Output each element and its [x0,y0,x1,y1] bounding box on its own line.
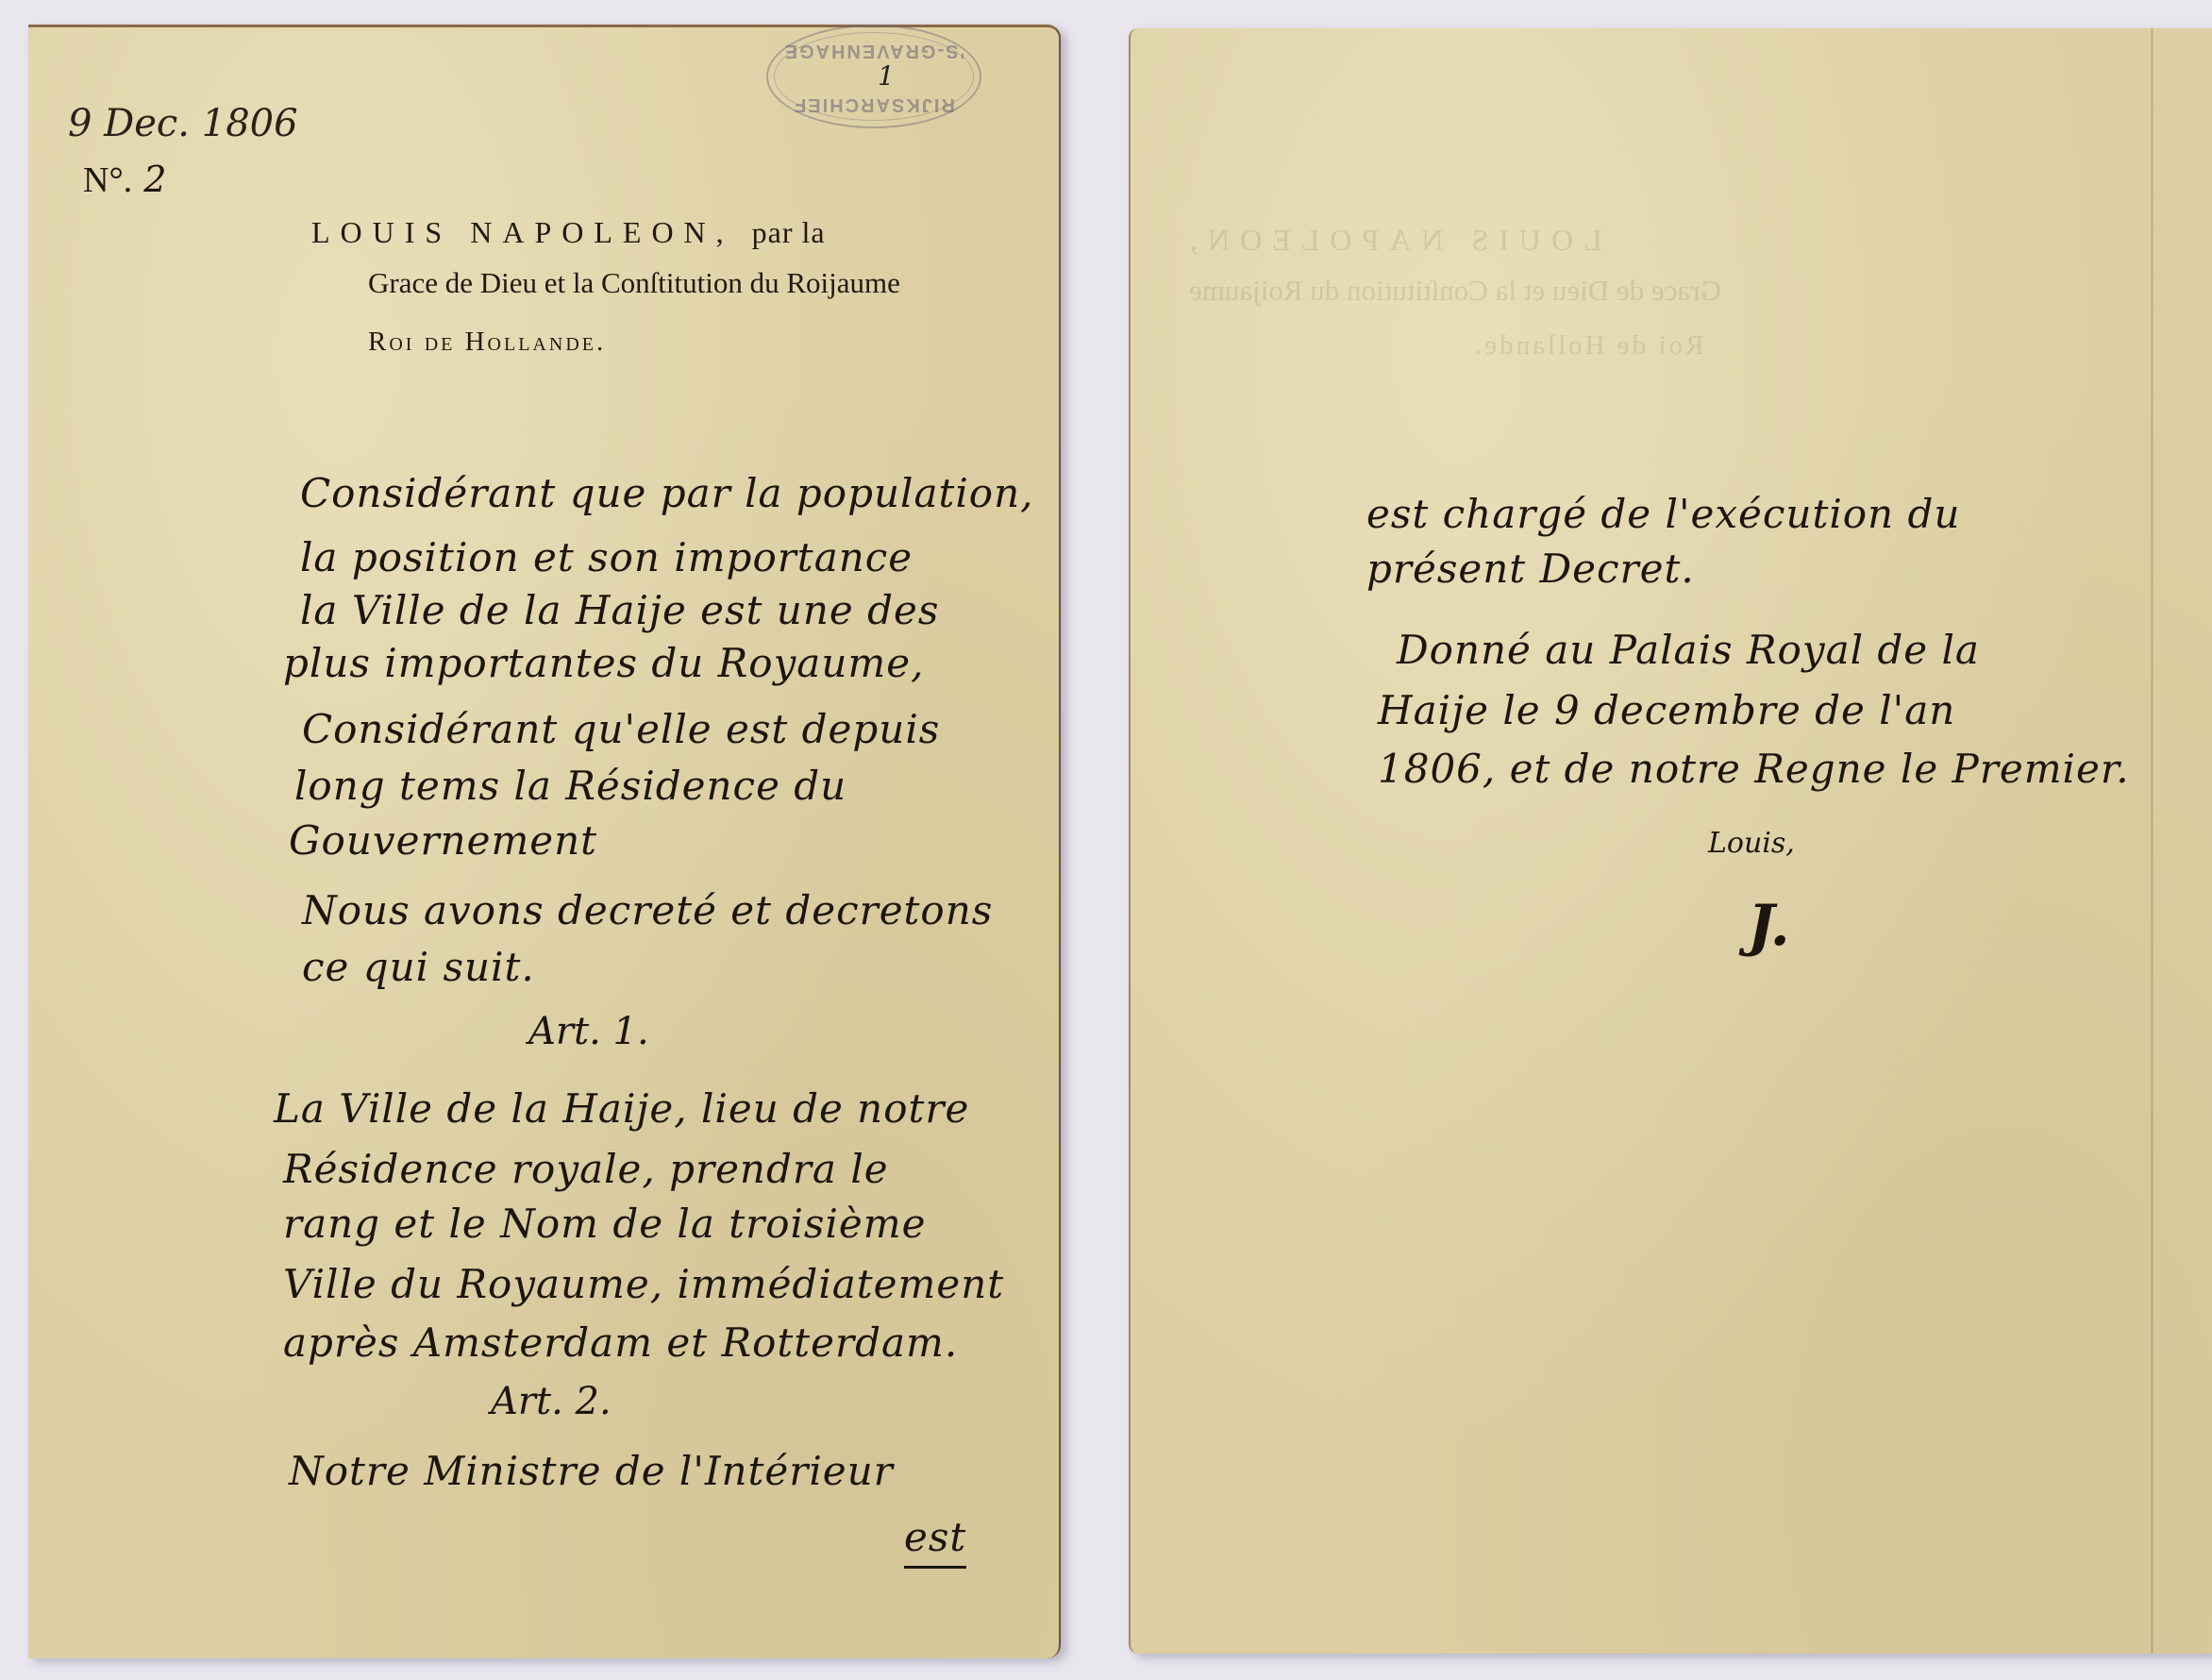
preamble-line: ce qui suit. [302,944,535,990]
document-number: N°. 2 [83,159,166,201]
number-prefix: N°. [83,160,132,200]
printed-title: LOUIS NAPOLEON, par la [311,215,826,250]
article-2-line: Notre Ministre de l'Intérieur [289,1448,894,1494]
printed-line-3: Roi de Hollande. [368,327,606,358]
bleed-through-line-3: Roi de Hollande. [1472,330,1703,361]
continuation-line: est chargé de l'exécution du [1366,491,1960,537]
closing-line: Haije le 9 decembre de l'an [1378,687,1955,733]
catchword-text: est [904,1514,966,1569]
article-1-line: Résidence royale, prendra le [283,1146,889,1192]
preamble-line: plus importantes du Royaume, [283,640,924,686]
bleed-through-title: LOUIS NAPOLEON, [1180,223,1602,258]
article-1-line: La Ville de la Haije, lieu de notre [274,1085,969,1132]
article-1-line: rang et le Nom de la troisième [283,1201,926,1247]
preamble-line: Considérant que par la population, [300,470,1034,516]
signature-paraph: J. [1748,893,1790,959]
continuation-line: présent Decret. [1366,546,1695,592]
bleed-through-line-2: Grace de Dieu et la Conſtitution du Roij… [1189,274,1721,308]
title-suffix: par la [752,215,826,249]
preamble-line: la Ville de la Haije est une des [300,587,939,633]
article-1-line: Ville du Royaume, immédiatement [283,1261,1004,1307]
article-2-heading: Art. 2. [491,1380,612,1423]
preamble-line: la position et son importance [300,534,913,580]
archive-stamp-bottom-text: 'S-GRAVENHAGE [768,40,980,61]
document-page-right [1129,28,2212,1654]
printed-line-2: Grace de Dieu et la Conſtitution du Roij… [368,266,900,300]
royal-signature: Louis, [1708,827,1795,860]
preamble-line: Nous avons decreté et decretons [302,887,993,933]
archive-stamp: RIJKSARCHIEF 'S-GRAVENHAGE [766,25,981,128]
closing-line: 1806, et de notre Regne le Premier. [1378,746,2130,792]
catchword: est [904,1514,966,1560]
article-1-line: après Amsterdam et Rotterdam. [283,1319,958,1366]
preamble-line: Considérant qu'elle est depuis [302,706,940,752]
closing-line: Donné au Palais Royal de la [1397,627,1980,673]
date-annotation: 9 Dec. 1806 [68,102,298,145]
preamble-line: Gouvernement [289,817,597,864]
fold-line [2151,28,2153,1654]
preamble-line: long tems la Résidence du [294,763,846,809]
number-value: 2 [143,159,166,200]
sovereign-name: LOUIS NAPOLEON, [311,215,734,249]
article-1-heading: Art. 1. [528,1010,649,1053]
archive-stamp-top-text: RIJKSARCHIEF [768,93,980,115]
folio-number: 1 [878,60,895,92]
